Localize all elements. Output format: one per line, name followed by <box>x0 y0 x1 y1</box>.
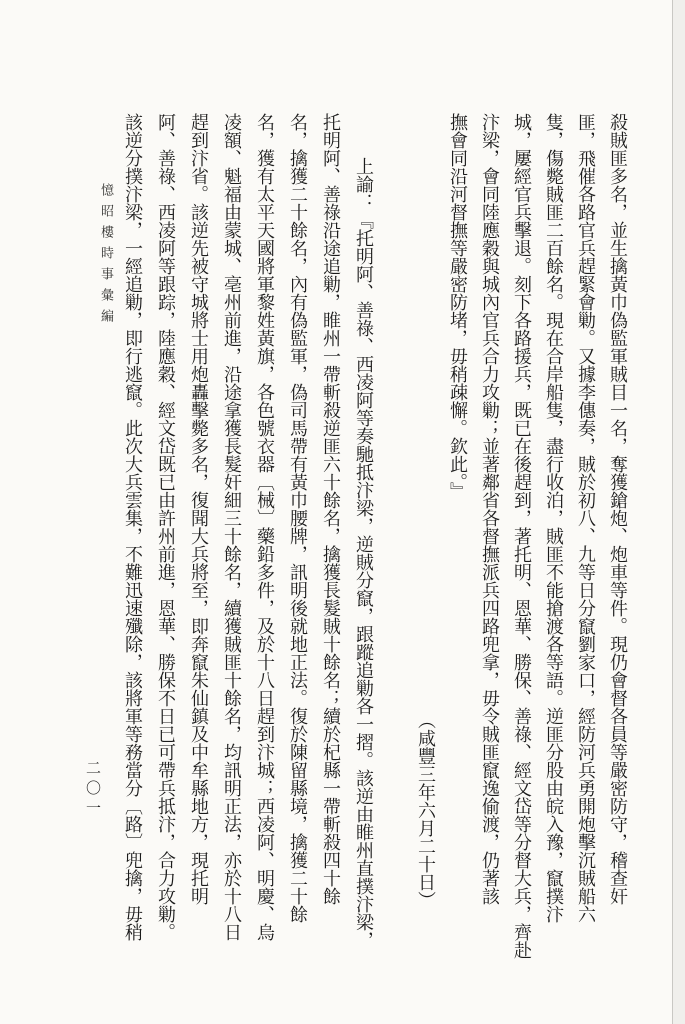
text-column: 城，屢經官兵擊退。刻下各路援兵，既已在後趕到，著托明、恩華、勝保、善祿、經文岱等… <box>506 113 538 959</box>
page-number: 二〇一 <box>82 760 103 820</box>
edict-text-block: 殺賊匪多名，並生擒黃巾偽監軍賊目一名，奪獲鎗炮、炮車等件。現仍會督各員等嚴密防守… <box>116 113 634 959</box>
text-column: 該逆分撲汴梁，一經追勦，即行逃竄。此次大兵雲集，不難迅速殲除，該將軍等務當分〔路… <box>116 113 149 959</box>
text-column: 阿、善祿、西凌阿等跟踪，陸應穀、經文岱既已由許州前進，恩華、勝保不日已可帶兵抵汴… <box>149 113 182 959</box>
text-column: 趕到汴省。該逆先被守城將士用炮轟擊斃多名，復聞大兵將至，即奔竄朱仙鎮及中牟縣地方… <box>182 113 215 959</box>
text-column: 名，獲有太平天國將軍黎姓黃旗，各色號衣器〔械〕藥鉛多件，及於十八日趕到汴城；西凌… <box>248 113 281 959</box>
text-column: 凌額、魁福由蒙城、亳州前進，沿途拿獲長髮奸細三十餘名，續獲賊匪十餘名，均訊明正法… <box>215 113 248 959</box>
text-column: 匪，飛催各路官兵趕緊會勦。又據李僡奏，賊於初八、九等日分竄劉家口，經防河兵勇開炮… <box>570 113 602 959</box>
book-page: 殺賊匪多名，並生擒黃巾偽監軍賊目一名，奪獲鎗炮、炮車等件。現仍會督各員等嚴密防守… <box>0 0 685 1024</box>
text-column: 撫會同沿河督撫等嚴密防堵，毋稍疎懈。欽此。』 <box>442 113 474 959</box>
text-column: 隻，傷斃賊匪二百餘名。現在合岸船隻，盡行收泊，賊匪不能搶渡各等語。逆匪分股由皖入… <box>538 113 570 959</box>
text-column: 名，擒獲二十餘名，內有偽監軍，偽司馬帶有黃巾腰牌，訊明後就地正法。復於陳留縣境，… <box>281 113 314 959</box>
text-column: 汴梁，會同陸應穀與城內官兵合力攻勦；並著鄰省各督撫派兵四路兜拿，毋令賊匪竄逸偷渡… <box>474 113 506 959</box>
page-edge-line <box>672 0 685 1024</box>
text-column: 上諭：『托明阿、善祿、西凌阿等奏馳抵汴梁，逆賊分竄，跟蹤追勦各一摺。該逆由睢州直… <box>347 113 380 959</box>
text-column: 殺賊匪多名，並生擒黃巾偽監軍賊目一名，奪獲鎗炮、炮車等件。現仍會督各員等嚴密防守… <box>602 113 634 959</box>
text-column: 托明阿、善祿沿途追勦，睢州一帶斬殺逆匪六十餘名，擒獲長髮賊十餘名；續於杞縣一帶斬… <box>314 113 347 959</box>
running-title: 憶昭樓時事彙編 <box>97 183 116 330</box>
edict-date-line: （咸豐三年六月二十日） <box>410 113 442 959</box>
